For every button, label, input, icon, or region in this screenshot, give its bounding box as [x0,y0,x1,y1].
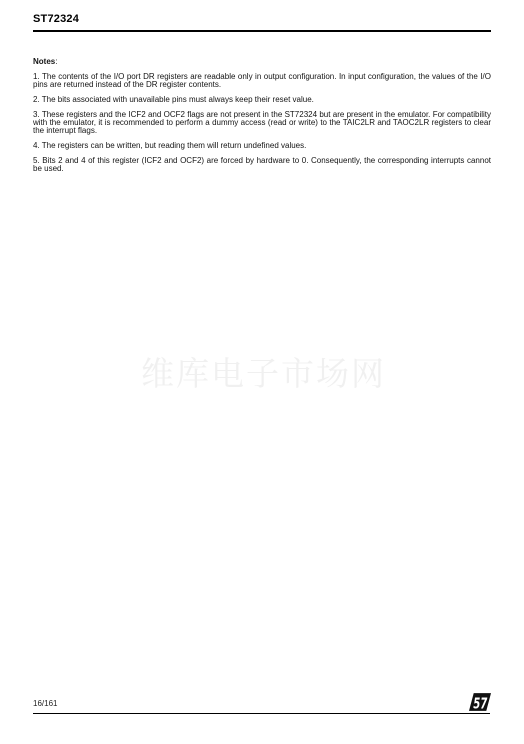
datasheet-page: ST72324 Notes: 1. The contents of the I/… [0,0,524,744]
note-item-3: 3. These registers and the ICF2 and OCF2… [33,111,491,135]
page-title: ST72324 [33,13,79,25]
note-item-5: 5. Bits 2 and 4 of this register (ICF2 a… [33,157,491,173]
notes-section: Notes: 1. The contents of the I/O port D… [33,58,491,180]
note-item-2: 2. The bits associated with unavailable … [33,96,491,104]
notes-heading-label: Notes [33,57,55,66]
footer-divider [33,713,490,714]
note-item-4: 4. The registers can be written, but rea… [33,142,491,150]
notes-heading-colon: : [55,57,57,66]
st-logo-glyph: 57 [473,695,488,711]
st-logo-icon: 57 [469,693,491,711]
st-logo-svg: 57 [469,693,491,711]
watermark-text: 维库电子市场网 [141,348,386,395]
header-divider [33,30,491,32]
page-number: 16/161 [33,699,57,708]
notes-heading: Notes: [33,58,491,66]
note-item-1: 1. The contents of the I/O port DR regis… [33,73,491,89]
